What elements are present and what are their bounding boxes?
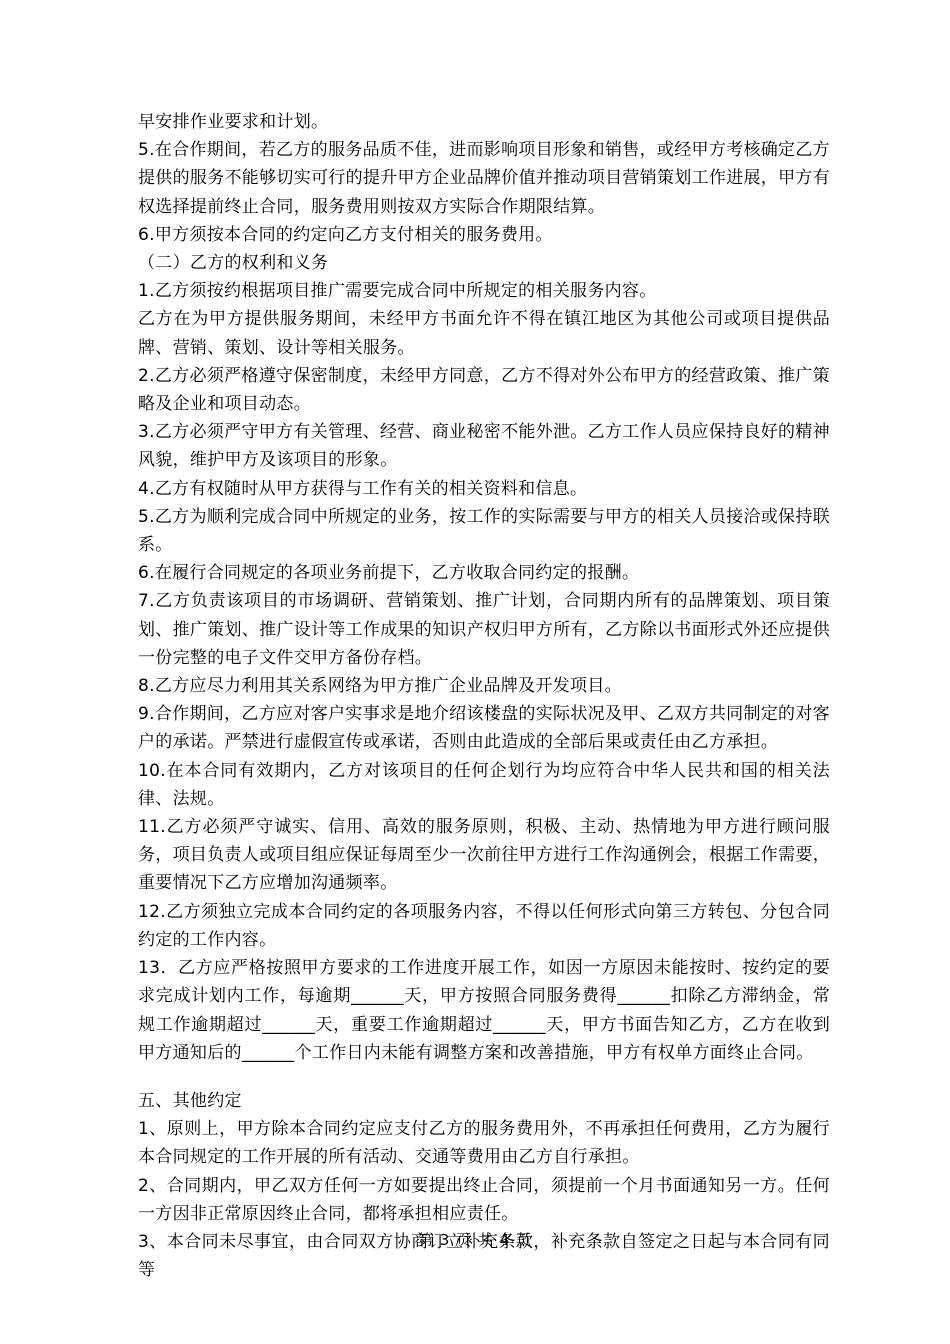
paragraph-clause-b5: 5.乙方为顺利完成合同中所规定的业务，按工作的实际需要与甲方的相关人员接洽或保持… — [138, 503, 830, 559]
paragraph-clause-b10: 10.在本合同有效期内，乙方对该项目的任何企划行为均应符合中华人民共和国的相关法… — [138, 757, 830, 813]
contract-body: 早安排作业要求和计划。 5.在合作期间，若乙方的服务品质不佳，进而影响项目形象和… — [138, 108, 830, 1284]
paragraph-clause-b4: 4.乙方有权随时从甲方获得与工作有关的相关资料和信息。 — [138, 475, 830, 503]
paragraph-clause-b12: 12.乙方须独立完成本合同约定的各项服务内容，不得以任何形式向第三方转包、分包合… — [138, 898, 830, 954]
paragraph-clause-b7: 7.乙方负责该项目的市场调研、营销策划、推广计划，合同期内所有的品牌策划、项目策… — [138, 587, 830, 672]
page-number-footer: 第 3 页 共 4 页 — [0, 1229, 950, 1251]
paragraph-clause-b2: 2.乙方必须严格遵守保密制度，未经甲方同意，乙方不得对外公布甲方的经营政策、推广… — [138, 362, 830, 418]
section-heading-party-b-rights: （二）乙方的权利和义务 — [138, 249, 830, 277]
paragraph-clause-a6: 6.甲方须按本合同的约定向乙方支付相关的服务费用。 — [138, 221, 830, 249]
paragraph-clause-b1: 1.乙方须按约根据项目推广需要完成合同中所规定的相关服务内容。 — [138, 277, 830, 305]
section-heading-other-terms: 五、其他约定 — [138, 1087, 830, 1115]
paragraph-clause-b8: 8.乙方应尽力利用其关系网络为甲方推广企业品牌及开发项目。 — [138, 672, 830, 700]
paragraph-other-1: 1、原则上，甲方除本合同约定应支付乙方的服务费用外，不再承担任何费用，乙方为履行… — [138, 1115, 830, 1171]
paragraph-clause-b3: 3.乙方必须严守甲方有关管理、经营、商业秘密不能外泄。乙方工作人员应保持良好的精… — [138, 418, 830, 474]
paragraph-clause-b6: 6.在履行合同规定的各项业务前提下，乙方收取合同约定的报酬。 — [138, 559, 830, 587]
paragraph-clause-b11: 11.乙方必须严守诚实、信用、高效的服务原则，积极、主动、热情地为甲方进行顾问服… — [138, 813, 830, 898]
paragraph-other-2: 2、合同期内，甲乙双方任何一方如要提出终止合同，须提前一个月书面通知另一方。任何… — [138, 1172, 830, 1228]
paragraph-clause-a5: 5.在合作期间，若乙方的服务品质不佳，进而影响项目形象和销售，或经甲方考核确定乙… — [138, 136, 830, 221]
paragraph-clause-b13: 13．乙方应严格按照甲方要求的工作进度开展工作，如因一方原因未能按时、按约定的要… — [138, 954, 830, 1067]
paragraph-clause-b9: 9.合作期间，乙方应对客户实事求是地介绍该楼盘的实际状况及甲、乙双方共同制定的对… — [138, 700, 830, 756]
document-page: 早安排作业要求和计划。 5.在合作期间，若乙方的服务品质不佳，进而影响项目形象和… — [0, 0, 950, 1344]
paragraph-continuation: 早安排作业要求和计划。 — [138, 108, 830, 136]
paragraph-clause-b1-cont: 乙方在为甲方提供服务期间，未经甲方书面允许不得在镇江地区为其他公司或项目提供品牌… — [138, 305, 830, 361]
